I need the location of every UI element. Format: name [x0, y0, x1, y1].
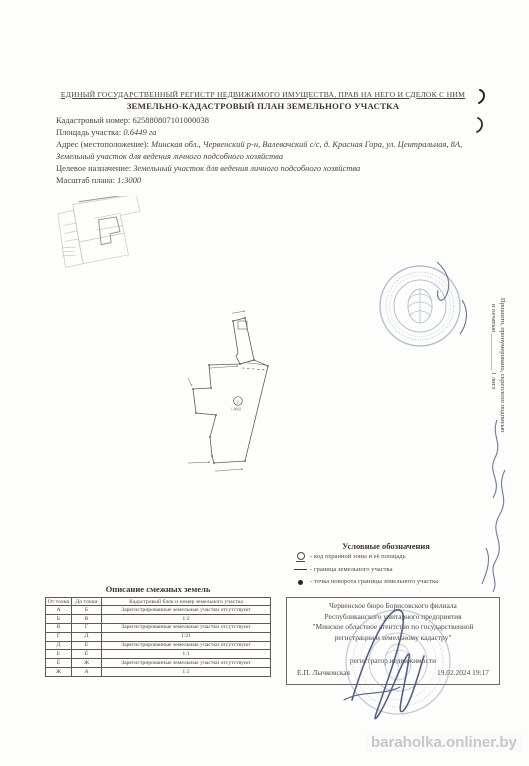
cell-from: Е	[46, 650, 72, 659]
table-row: Е Ё 1:1	[46, 650, 271, 659]
cell-from: Ж	[46, 668, 72, 677]
field-label: Кадастровый номер:	[56, 115, 130, 125]
header-field: Целевое назначение: Земельный участок дл…	[56, 162, 470, 174]
binding-note-line1: Прошито, пронумеровано, скреплено подпис…	[498, 298, 507, 598]
cell-block: Зарегистрированные земельные участки отс…	[102, 641, 271, 650]
cell-block: Зарегистрированные земельные участки отс…	[102, 623, 271, 632]
round-stamp-top	[380, 266, 460, 346]
cell-from: Г	[46, 632, 72, 641]
col-from-point: От точки	[46, 598, 72, 606]
legend-item-text: - граница земельного участка	[310, 564, 393, 577]
scanned-cadastre-document: { "document": { "registry_line": "ЕДИНЫЙ…	[0, 0, 529, 766]
org-line: Республиканского унитарного предприятия	[287, 612, 499, 623]
cell-to: В	[72, 615, 102, 624]
legend-item: - код охранной зоны и её площадь	[293, 551, 479, 564]
cell-block: Зарегистрированные земельные участки отс…	[102, 659, 271, 668]
parcel-plan: 2 1.0669	[150, 300, 335, 495]
registrar-name: Е.П. Лычковская	[297, 668, 350, 679]
cell-block: 1:1	[102, 650, 271, 659]
legend-symbol-icon	[293, 564, 310, 575]
registrar-row: Е.П. Лычковская 19.02.2024 19:17	[287, 668, 499, 679]
header-field: Адрес (местоположение): Минская обл., Че…	[56, 138, 470, 162]
col-cadastral-block: Кадастровый блок и номер земельного учас…	[102, 598, 271, 606]
header-field: Площадь участка: 0.6449 га	[56, 126, 470, 138]
field-label: Площадь участка:	[56, 127, 121, 137]
org-lines: Червенское бюро Борисовского филиалаРесп…	[287, 601, 499, 643]
col-to-point: До точки	[72, 598, 102, 606]
table-row: Б В 1:2	[46, 615, 271, 624]
adjacent-lands-table: От точки До точки Кадастровый блок и ном…	[45, 597, 271, 677]
table-row: Ё Ж Зарегистрированные земельные участки…	[46, 659, 271, 668]
binding-note: Прошито, пронумеровано, скреплено подпис…	[489, 298, 506, 598]
binding-note-line2: и печатью ___________ 1 лист	[489, 298, 498, 598]
cell-block: 1:21	[102, 632, 271, 641]
header-field: Масштаб плана: 1:3000	[56, 174, 470, 186]
legend-items: - код охранной зоны и её площадь - грани…	[293, 551, 479, 589]
cell-to: Е	[72, 641, 102, 650]
registration-datetime: 19.02.2024 19:17	[437, 668, 489, 679]
legend-symbol-icon	[293, 577, 310, 588]
table-row: Г Д 1:21	[46, 632, 271, 641]
org-line: Червенское бюро Борисовского филиала	[287, 601, 499, 612]
header-fields: Кадастровый номер: 625880807101000038 Пл…	[56, 114, 470, 186]
field-value: Земельный участок для ведения личного по…	[133, 163, 360, 173]
registrar-title: регистратор недвижимости	[287, 656, 499, 667]
legend-item-text: - код охранной зоны и её площадь	[310, 551, 406, 564]
cell-to: А	[72, 668, 102, 677]
registry-line: ЕДИНЫЙ ГОСУДАРСТВЕННЫЙ РЕГИСТР НЕДВИЖИМО…	[56, 90, 470, 99]
legend-item: - граница земельного участка	[293, 564, 479, 577]
zone-dashed-line	[242, 368, 266, 370]
field-label: Масштаб плана:	[56, 175, 115, 185]
table-row: А Б Зарегистрированные земельные участки…	[46, 606, 271, 615]
legend-title: Условные обозначения	[293, 541, 479, 551]
legend-symbol-icon	[293, 552, 310, 563]
table-header-row: От точки До точки Кадастровый блок и ном…	[46, 598, 271, 606]
cell-to: Г	[72, 623, 102, 632]
org-line: "Минское областное агентство по государс…	[287, 622, 499, 633]
legend-item: - точка поворота границы земельного учас…	[293, 576, 479, 589]
document-title: ЗЕМЕЛЬНО-КАДАСТРОВЫЙ ПЛАН ЗЕМЕЛЬНОГО УЧА…	[56, 101, 470, 111]
cell-to: Ж	[72, 659, 102, 668]
cell-block: 1:2	[102, 615, 271, 624]
registrar-org-box: Червенское бюро Борисовского филиалаРесп…	[286, 597, 500, 685]
cell-block: Зарегистрированные земельные участки отс…	[102, 606, 271, 615]
handwritten-marks-top	[437, 262, 466, 334]
staple-mark	[479, 90, 484, 103]
adjacent-lands-section: Описание смежных земель От точки До точк…	[45, 584, 271, 677]
field-label: Адрес (местоположение):	[56, 139, 149, 149]
legend: Условные обозначения - код охранной зоны…	[293, 541, 479, 589]
watermark: baraholka.onliner.by	[366, 733, 522, 752]
inset-map-drawing	[38, 196, 156, 270]
org-line: регистрации и земельному кадастру"	[287, 633, 499, 644]
cell-from: Ё	[46, 659, 72, 668]
parcel-main-boundary	[193, 360, 268, 463]
cell-from: Д	[46, 641, 72, 650]
location-inset-map	[38, 196, 156, 270]
parcel-outline-drawing: 2 1.0669	[150, 300, 335, 495]
field-label: Целевое назначение:	[56, 163, 131, 173]
table-row: В Г Зарегистрированные земельные участки…	[46, 623, 271, 632]
zone-code: 2	[237, 399, 239, 404]
table-row: Д Е Зарегистрированные земельные участки…	[46, 641, 271, 650]
parcel-spur-boundary	[233, 318, 254, 364]
table-row: Ж А 1:5	[46, 668, 271, 677]
field-value: 1:3000	[117, 175, 141, 185]
cell-from: Б	[46, 615, 72, 624]
adjacent-lands-title: Описание смежных земель	[45, 584, 271, 594]
cell-to: Д	[72, 632, 102, 641]
field-value: 0.6449 га	[123, 127, 156, 137]
header-field: Кадастровый номер: 625880807101000038	[56, 114, 470, 126]
cell-from: А	[46, 606, 72, 615]
cell-to: Ё	[72, 650, 102, 659]
cell-from: В	[46, 623, 72, 632]
cell-block: 1:5	[102, 668, 271, 677]
field-value: 625880807101000038	[132, 115, 209, 125]
legend-item-text: - точка поворота границы земельного учас…	[310, 576, 438, 589]
document-header: ЕДИНЫЙ ГОСУДАРСТВЕННЫЙ РЕГИСТР НЕДВИЖИМО…	[56, 90, 470, 186]
zone-area: 1.0669	[231, 408, 241, 412]
staple-mark	[477, 118, 482, 132]
cell-to: Б	[72, 606, 102, 615]
